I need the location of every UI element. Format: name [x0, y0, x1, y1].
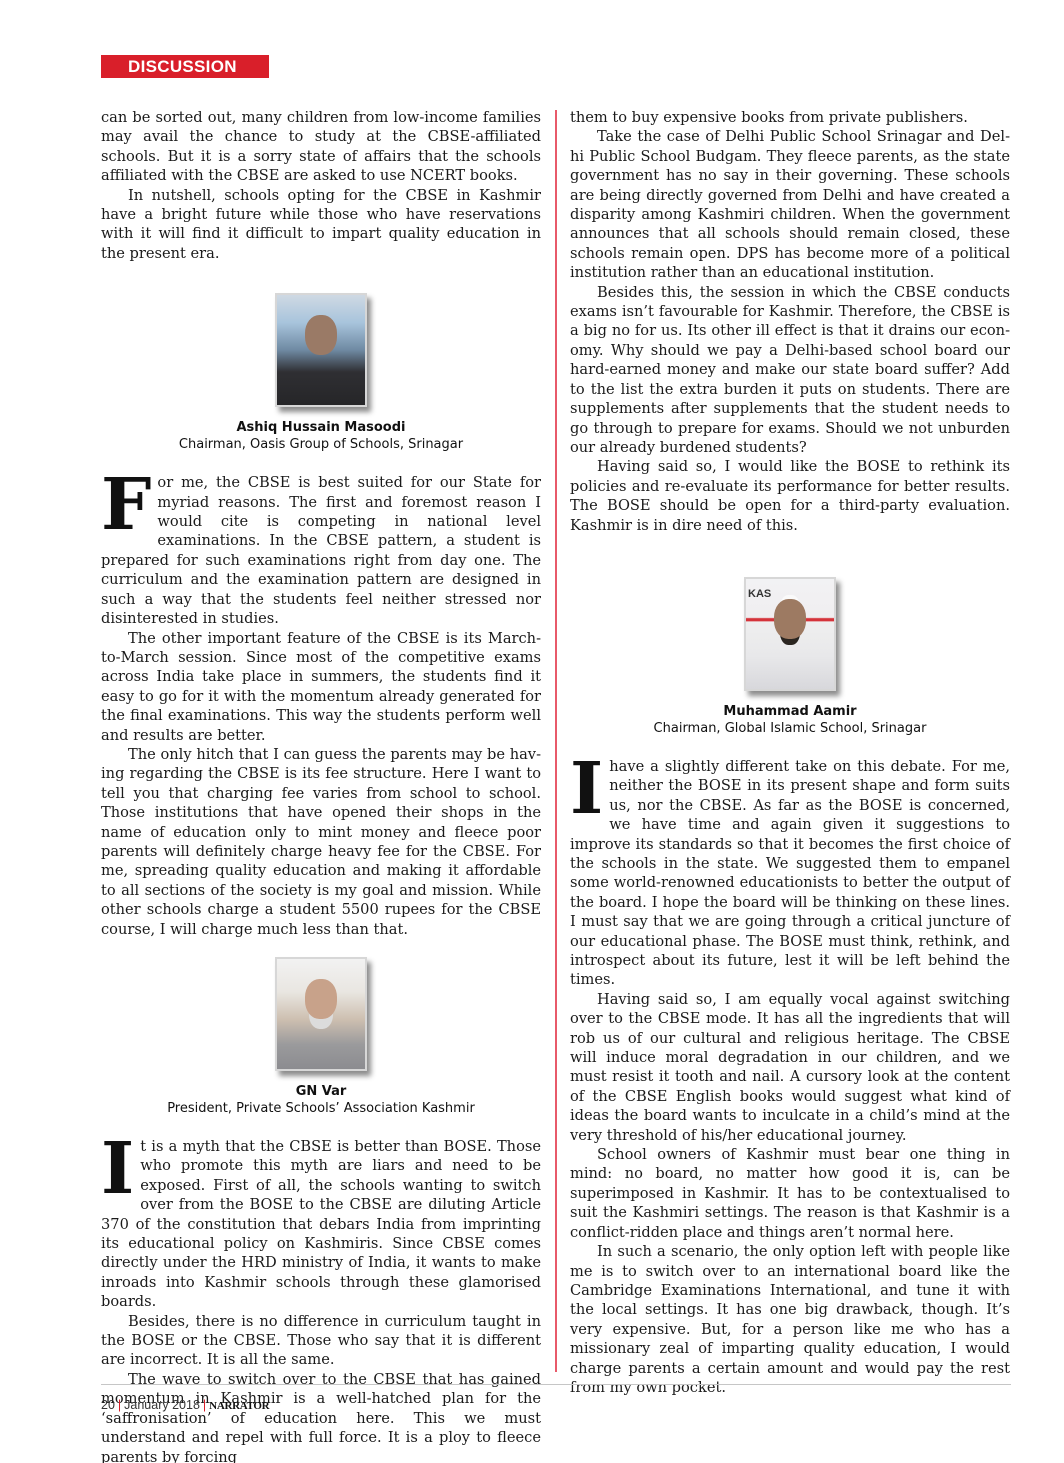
- paragraph: can be sorted out, many children from lo…: [101, 108, 541, 186]
- paragraph: Besides this, the session in which the C…: [570, 283, 1010, 458]
- paragraph: In nutshell, schools opting for the CBSE…: [101, 186, 541, 264]
- column-divider: [555, 110, 557, 1372]
- paragraph: Ihave a slightly different take on this …: [570, 757, 1010, 990]
- paragraph: School owners of Kashmir must bear one t…: [570, 1145, 1010, 1242]
- profile-ashiq-hussain-masoodi: Ashiq Hussain Masoodi Chairman, Oasis Gr…: [101, 293, 541, 453]
- footer-separator: |: [118, 1398, 121, 1412]
- paragraph: them to buy expensive books from private…: [570, 108, 1010, 127]
- profile-role: Chairman, Oasis Group of Schools, Srinag…: [101, 436, 541, 453]
- footer-separator: |: [203, 1398, 206, 1412]
- profile-role: Chairman, Global Islamic School, Srinaga…: [570, 720, 1010, 737]
- left-column: can be sorted out, many children from lo…: [101, 108, 541, 1463]
- portrait-photo: [275, 957, 367, 1071]
- paragraph: In such a scenario, the only option left…: [570, 1242, 1010, 1397]
- paragraph: Take the case of Delhi Public School Sri…: [570, 127, 1010, 282]
- profile-name: Ashiq Hussain Masoodi: [101, 419, 541, 436]
- statement-2: It is a myth that the CBSE is better tha…: [101, 1137, 541, 1463]
- drop-cap: I: [570, 760, 603, 816]
- paragraph: Having said so, I am equally vocal again…: [570, 990, 1010, 1145]
- paragraph: Besides, there is no difference in curri…: [101, 1312, 541, 1370]
- issue-date: January 2018: [124, 1398, 200, 1412]
- statement-3: Ihave a slightly different take on this …: [570, 757, 1010, 1397]
- profile-gn-var: GN Var President, Private Schools’ Assoc…: [101, 957, 541, 1117]
- page-number: 20: [101, 1398, 115, 1412]
- photo-banner-text: KAS: [748, 585, 771, 604]
- profile-role: President, Private Schools’ Association …: [101, 1100, 541, 1117]
- publication-logo: NARRATOR: [209, 1400, 269, 1412]
- paragraph: For me, the CBSE is best suited for our …: [101, 473, 541, 628]
- paragraph: It is a myth that the CBSE is better tha…: [101, 1137, 541, 1312]
- paragraph: The other important feature of the CBSE …: [101, 629, 541, 745]
- portrait-photo: [275, 293, 367, 407]
- profile-muhammad-aamir: KAS Muhammad Aamir Chairman, Global Isla…: [570, 577, 1010, 737]
- page-footer: 20|January 2018|NARRATOR: [101, 1398, 269, 1412]
- drop-cap: F: [101, 476, 151, 532]
- profile-name: GN Var: [101, 1083, 541, 1100]
- statement-1: For me, the CBSE is best suited for our …: [101, 473, 541, 939]
- profile-name: Muhammad Aamir: [570, 703, 1010, 720]
- paragraph: Having said so, I would like the BOSE to…: [570, 457, 1010, 535]
- portrait-photo: KAS: [744, 577, 836, 691]
- footer-rule: [101, 1384, 1011, 1385]
- paragraph: The only hitch that I can guess the pare…: [101, 745, 541, 939]
- section-tag: DISCUSSION: [101, 55, 269, 78]
- drop-cap: I: [101, 1140, 134, 1196]
- right-column: them to buy expensive books from private…: [570, 108, 1010, 1397]
